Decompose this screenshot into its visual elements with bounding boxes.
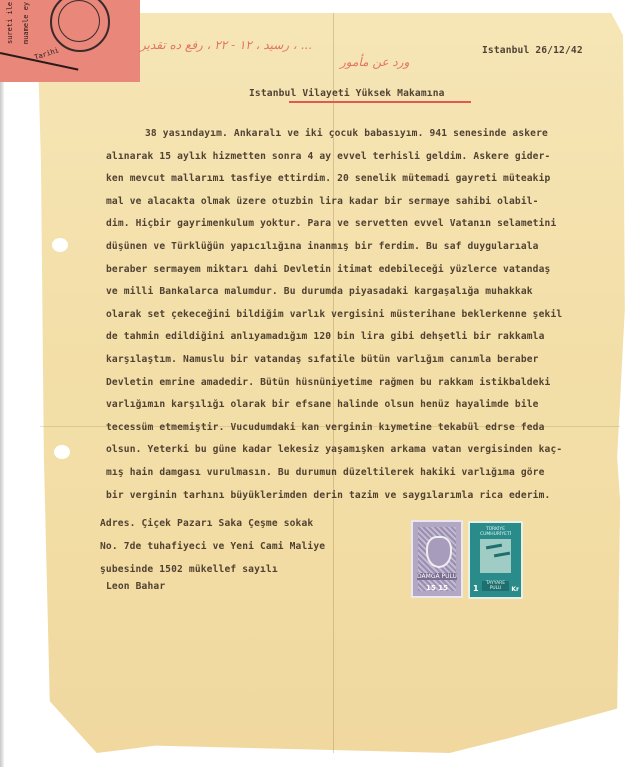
body-line: varlığımın karşılığı olarak bir efsane h…	[106, 399, 539, 410]
punch-hole	[54, 445, 70, 459]
letter-date: Istanbul 26/12/42	[482, 45, 583, 56]
body-line: ken mevcut mallarımı tasfiye ettirdim. 2…	[106, 173, 550, 184]
stamp-label: TAYYARE PULU	[482, 581, 509, 591]
attached-receipt-slip: sureti ile muamele ey Tarihi	[0, 0, 140, 82]
address-line: şubesinde 1502 mükellef sayılı	[100, 564, 278, 575]
stamp-value: 15 15	[417, 584, 457, 592]
crest-icon	[426, 536, 452, 568]
body-line: mal ve alacakta olmak üzere otuzbin lira…	[106, 196, 539, 207]
body-line: bir verginin tarhını büyüklerimden derin…	[106, 490, 550, 501]
body-line: Devletin emrine amadedir. Bütün hüsnüniy…	[106, 377, 550, 388]
body-line: olsun. Yeterki bu güne kadar lekesiz yaş…	[106, 444, 562, 455]
body-line: beraber sermayem miktarı dahi Devletin i…	[106, 264, 550, 275]
stamp-label: DAMGA PULU	[417, 573, 457, 580]
signature-name: Leon Bahar	[106, 581, 165, 592]
body-line: mış hain damgası vurulmasın. Bu durumun …	[106, 467, 545, 478]
address-line: Adres. Çiçek Pazarı Saka Çeşme sokak	[100, 518, 313, 529]
slip-vertical-text: muamele ey	[22, 2, 30, 44]
body-line: düşünen ve Türklüğün yapıcılığına inanmı…	[106, 241, 539, 252]
postmark-inner-circle	[58, 0, 100, 42]
punch-hole	[52, 238, 68, 252]
body-line: alınarak 15 aylık hizmetten sonra 4 ay e…	[106, 151, 550, 162]
body-line: de tahmin edildiğini anlıyamadığım 120 b…	[106, 331, 545, 342]
body-line: karşılaştım. Namuslu bir vatandaş sıfati…	[106, 354, 539, 365]
revenue-stamp-damga-pulu: DAMGA PULU 15 15	[411, 520, 463, 598]
letter-recipient: Istanbul Vilayeti Yüksek Makamına	[249, 88, 445, 99]
body-line: tecessüm etmemiştir. Vucudumdaki kan ver…	[106, 422, 545, 433]
stamp-currency: Kr	[511, 586, 519, 593]
body-line: 38 yasındayım. Ankaralı ve iki çocuk bab…	[145, 128, 548, 139]
address-line: No. 7de tuhafiyeci ve Yeni Cami Maliye	[100, 541, 325, 552]
body-line: ve milli Bankalarca malumdur. Bu durumda…	[106, 286, 533, 297]
red-handwritten-annotation: رسيد ، ١٢ - ٢٢ ، رفع ده تقدير ، ...	[140, 38, 312, 52]
red-underline	[289, 101, 471, 103]
red-handwritten-annotation: ورد عن مأمور	[340, 55, 409, 69]
airplane-icon	[486, 544, 502, 550]
body-line: dim. Hiçbir gayrimenkulum yoktur. Para v…	[106, 218, 556, 229]
body-line: olarak set çekeceğini bildiğim varlık ve…	[106, 309, 562, 320]
scan-left-edge	[0, 0, 4, 767]
revenue-stamp-tayyare-pulu: TÜRKİYE CUMHURİYETİ TAYYARE PULU 1 Kr	[468, 521, 523, 599]
airplane-icon	[494, 552, 510, 558]
stamp-value: 1	[473, 584, 479, 593]
slip-date-label: Tarihi	[33, 46, 60, 61]
stamp-header: TÜRKİYE CUMHURİYETİ	[476, 527, 515, 537]
airplane-scene-icon	[480, 539, 511, 573]
slip-vertical-text: sureti ile	[6, 2, 14, 44]
